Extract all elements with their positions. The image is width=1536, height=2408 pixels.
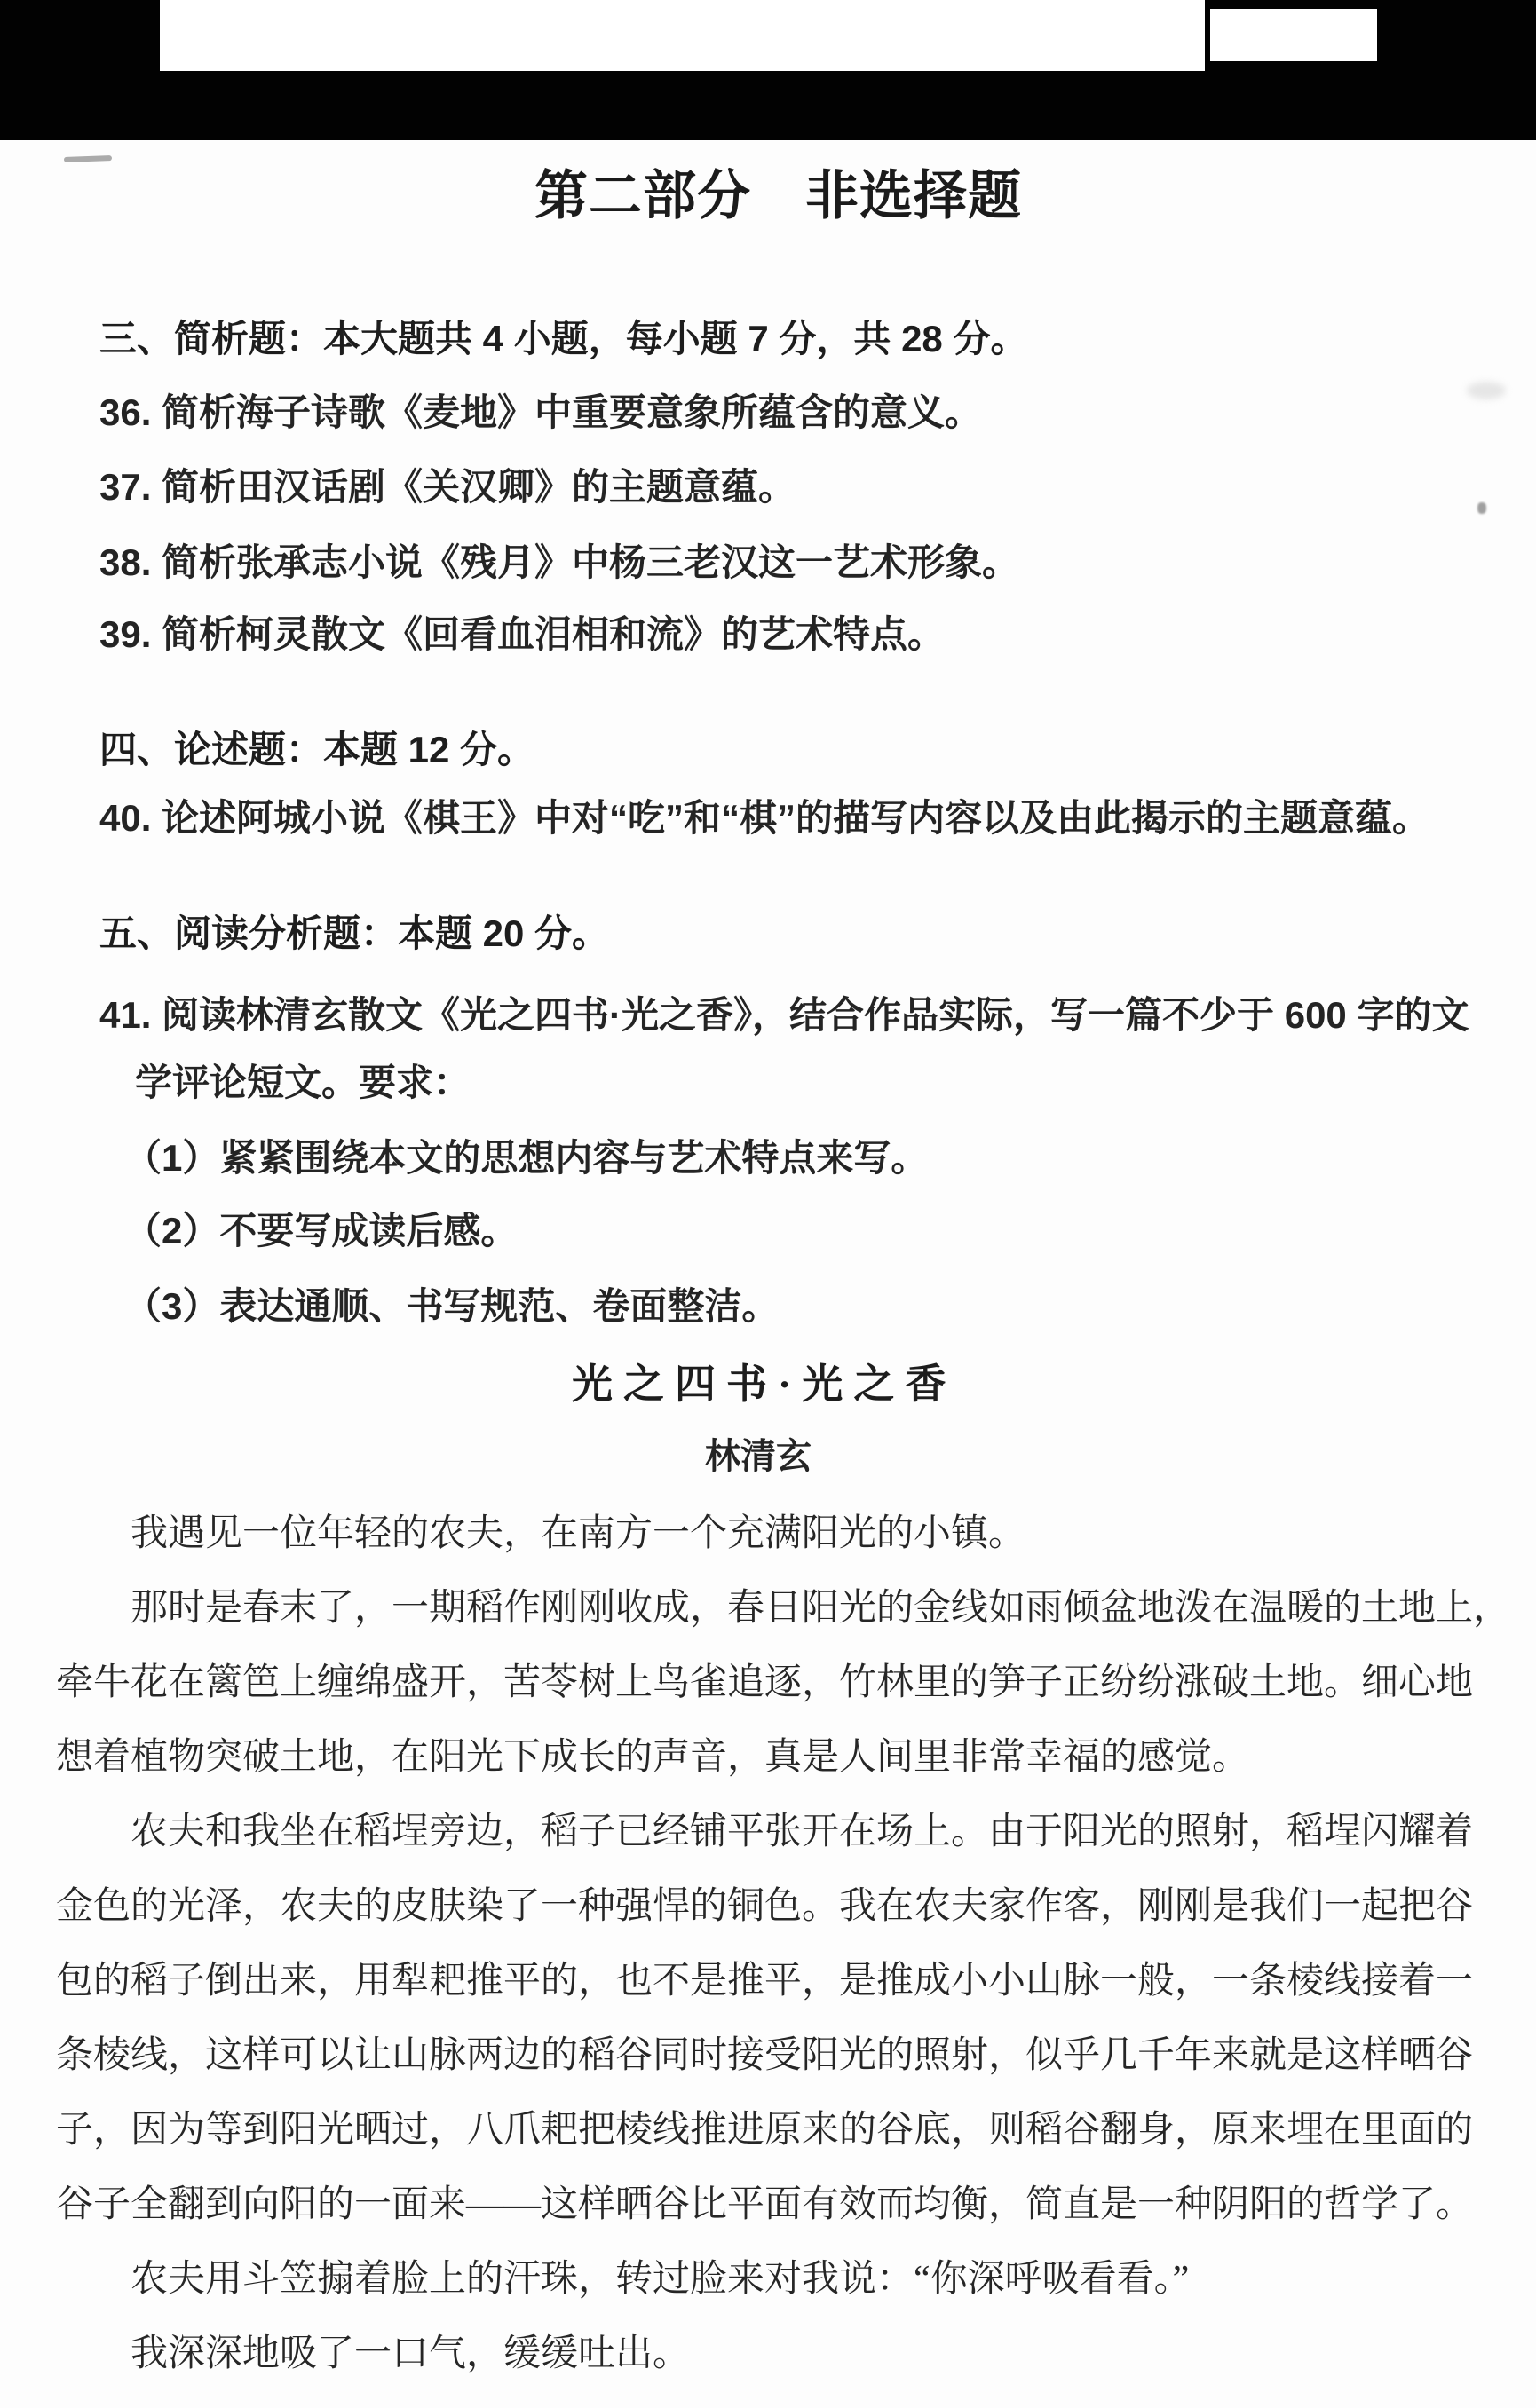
part-title: 第二部分 非选择题 (534, 165, 1022, 226)
pencil-dash-artifact (64, 155, 112, 162)
essay-author: 林清玄 (705, 1436, 812, 1477)
scan-smudge-artifact (1467, 382, 1506, 399)
essay-line-4: 想着植物突破土地，在阳光下成长的声音，真是人间里非常幸福的感觉。 (56, 1736, 1249, 1779)
section-four-heading: 四、论述题：本题 12 分。 (99, 729, 534, 771)
essay-line-7: 包的稻子倒出来，用犁耙推平的，也不是推平，是推成小小山脉一般，一条棱线接着一 (56, 1960, 1473, 2002)
requirement-1: （1）紧紧围绕本文的思想内容与艺术特点来写。 (124, 1137, 928, 1180)
requirement-3: （3）表达通顺、书写规范、卷面整洁。 (124, 1285, 779, 1328)
scanned-exam-page: 第二部分 非选择题 三、简析题：本大题共 4 小题，每小题 7 分，共 28 分… (0, 0, 1536, 2408)
scan-paper-gap-top (160, 0, 1205, 71)
essay-line-5: 农夫和我坐在稻埕旁边，稻子已经铺平张开在场上。由于阳光的照射，稻埕闪耀着 (131, 1811, 1473, 1853)
scan-label-box (1210, 9, 1377, 61)
essay-line-6: 金色的光泽，农夫的皮肤染了一种强悍的铜色。我在农夫家作客，刚刚是我们一起把谷 (56, 1885, 1473, 1928)
essay-line-10: 谷子全翻到向阳的一面来——这样晒谷比平面有效而均衡，简直是一种阴阳的哲学了。 (56, 2183, 1473, 2226)
scan-dot-artifact (1477, 502, 1486, 514)
essay-line-2: 那时是春末了，一期稻作刚刚收成，春日阳光的金线如雨倾盆地泼在温暖的土地上， (131, 1587, 1510, 1630)
essay-line-1: 我遇见一位年轻的农夫，在南方一个充满阳光的小镇。 (131, 1512, 1025, 1555)
essay-line-9: 子，因为等到阳光晒过，八爪耙把棱线推进原来的谷底，则稻谷翻身，原来埋在里面的 (56, 2109, 1473, 2151)
question-36: 36. 简析海子诗歌《麦地》中重要意象所蕴含的意义。 (99, 391, 982, 434)
essay-line-12: 我深深地吸了一口气，缓缓吐出。 (131, 2333, 690, 2375)
essay-title: 光之四书·光之香 (572, 1362, 956, 1409)
requirement-2: （2）不要写成读后感。 (124, 1210, 518, 1252)
essay-line-8: 条棱线，这样可以让山脉两边的稻谷同时接受阳光的照射，似乎几千年来就是这样晒谷 (56, 2034, 1473, 2077)
question-37: 37. 简析田汉话剧《关汉卿》的主题意蕴。 (99, 466, 796, 509)
question-41-line2: 学评论短文。要求： (135, 1062, 471, 1104)
question-39: 39. 简析柯灵散文《回看血泪相和流》的艺术特点。 (99, 613, 945, 656)
essay-line-3: 牵牛花在篱笆上缠绵盛开，苦苓树上鸟雀追逐，竹林里的笋子正纷纷涨破土地。细心地 (56, 1662, 1473, 1704)
question-38: 38. 简析张承志小说《残月》中杨三老汉这一艺术形象。 (99, 541, 1019, 584)
section-three-heading: 三、简析题：本大题共 4 小题，每小题 7 分，共 28 分。 (99, 318, 1027, 360)
question-40: 40. 论述阿城小说《棋王》中对“吃”和“棋”的描写内容以及由此揭示的主题意蕴。 (99, 797, 1429, 840)
essay-line-11: 农夫用斗笠搧着脸上的汗珠，转过脸来对我说：“你深呼吸看看。” (131, 2258, 1189, 2301)
section-five-heading: 五、阅读分析题：本题 20 分。 (99, 912, 609, 955)
question-41-line1: 41. 阅读林清玄散文《光之四书·光之香》，结合作品实际，写一篇不少于 600 … (99, 994, 1469, 1037)
